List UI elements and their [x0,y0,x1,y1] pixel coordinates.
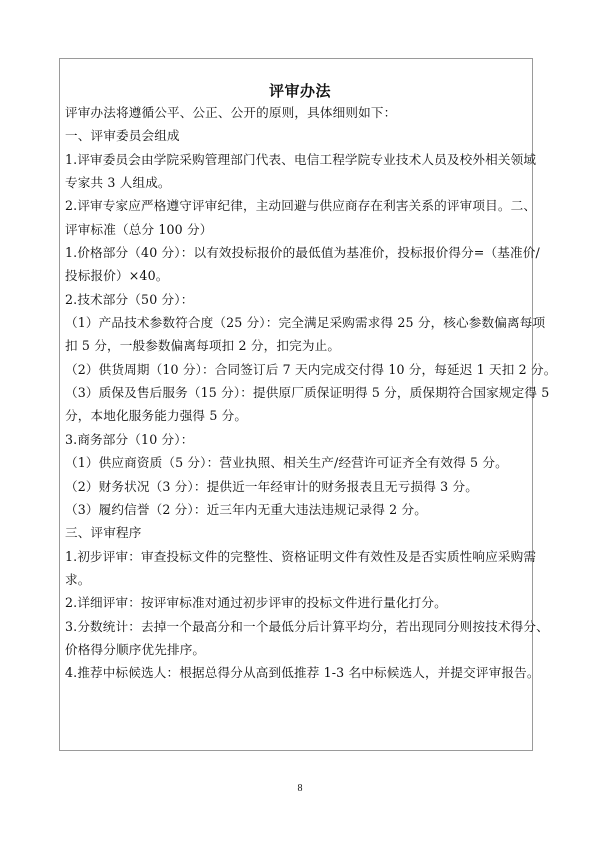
paragraph-line: （3）履约信誉（2 分）：近三年内无重大违法违规记录得 2 分。 [65,498,529,521]
document-title: 评审办法 [0,80,600,101]
paragraph-line: 2.评审专家应严格遵守评审纪律，主动回避与供应商存在利害关系的评审项目。二、 [65,194,529,217]
paragraph-line: 1.评审委员会由学院采购管理部门代表、电信工程学院专业技术人员及校外相关领域 [65,148,529,171]
paragraph-line: 3.分数统计：去掉一个最高分和一个最低分后计算平均分，若出现同分则按技术得分、 [65,615,529,638]
paragraph-line: 1.初步评审：审查投标文件的完整性、资格证明文件有效性及是否实质性响应采购需 [65,545,529,568]
paragraph-line: 4.推荐中标候选人：根据总得分从高到低推荐 1-3 名中标候选人，并提交评审报告… [65,661,529,684]
paragraph-line: 专家共 3 人组成。 [65,171,529,194]
paragraph-line: 投标报价）×40。 [65,264,529,287]
paragraph-line: 1.价格部分（40 分）：以有效投标报价的最低值为基准价，投标报价得分=（基准价… [65,241,529,264]
paragraph-line: 分，本地化服务能力强得 5 分。 [65,404,529,427]
paragraph-line: 扣 5 分，一般参数偏离每项扣 2 分，扣完为止。 [65,334,529,357]
paragraph-line: （1）供应商资质（5 分）：营业执照、相关生产/经营许可证齐全有效得 5 分。 [65,451,529,474]
paragraph-line: 价格得分顺序优先排序。 [65,638,529,661]
paragraph-line: 2.详细评审：按评审标准对通过初步评审的投标文件进行量化打分。 [65,591,529,614]
intro-line: 评审办法将遵循公平、公正、公开的原则，具体细则如下： [65,101,529,124]
paragraph-line: （3）质保及售后服务（15 分）：提供原厂质保证明得 5 分，质保期符合国家规定… [65,381,529,404]
paragraph-line: 2.技术部分（50 分）： [65,288,529,311]
paragraph-line: 评审标准（总分 100 分） [65,218,529,241]
paragraph-line: 3.商务部分（10 分）： [65,428,529,451]
document-body: 评审办法将遵循公平、公正、公开的原则，具体细则如下： 一、评审委员会组成 1.评… [65,101,529,685]
page-number: 8 [0,783,600,794]
paragraph-line: 求。 [65,568,529,591]
paragraph-line: （2）供货周期（10 分）：合同签订后 7 天内完成交付得 10 分，每延迟 1… [65,358,529,381]
paragraph-line: （1）产品技术参数符合度（25 分）：完全满足采购需求得 25 分，核心参数偏离… [65,311,529,334]
paragraph-line: （2）财务状况（3 分）：提供近一年经审计的财务报表且无亏损得 3 分。 [65,475,529,498]
section-heading-procedure: 三、评审程序 [65,521,529,544]
section-heading-committee: 一、评审委员会组成 [65,124,529,147]
